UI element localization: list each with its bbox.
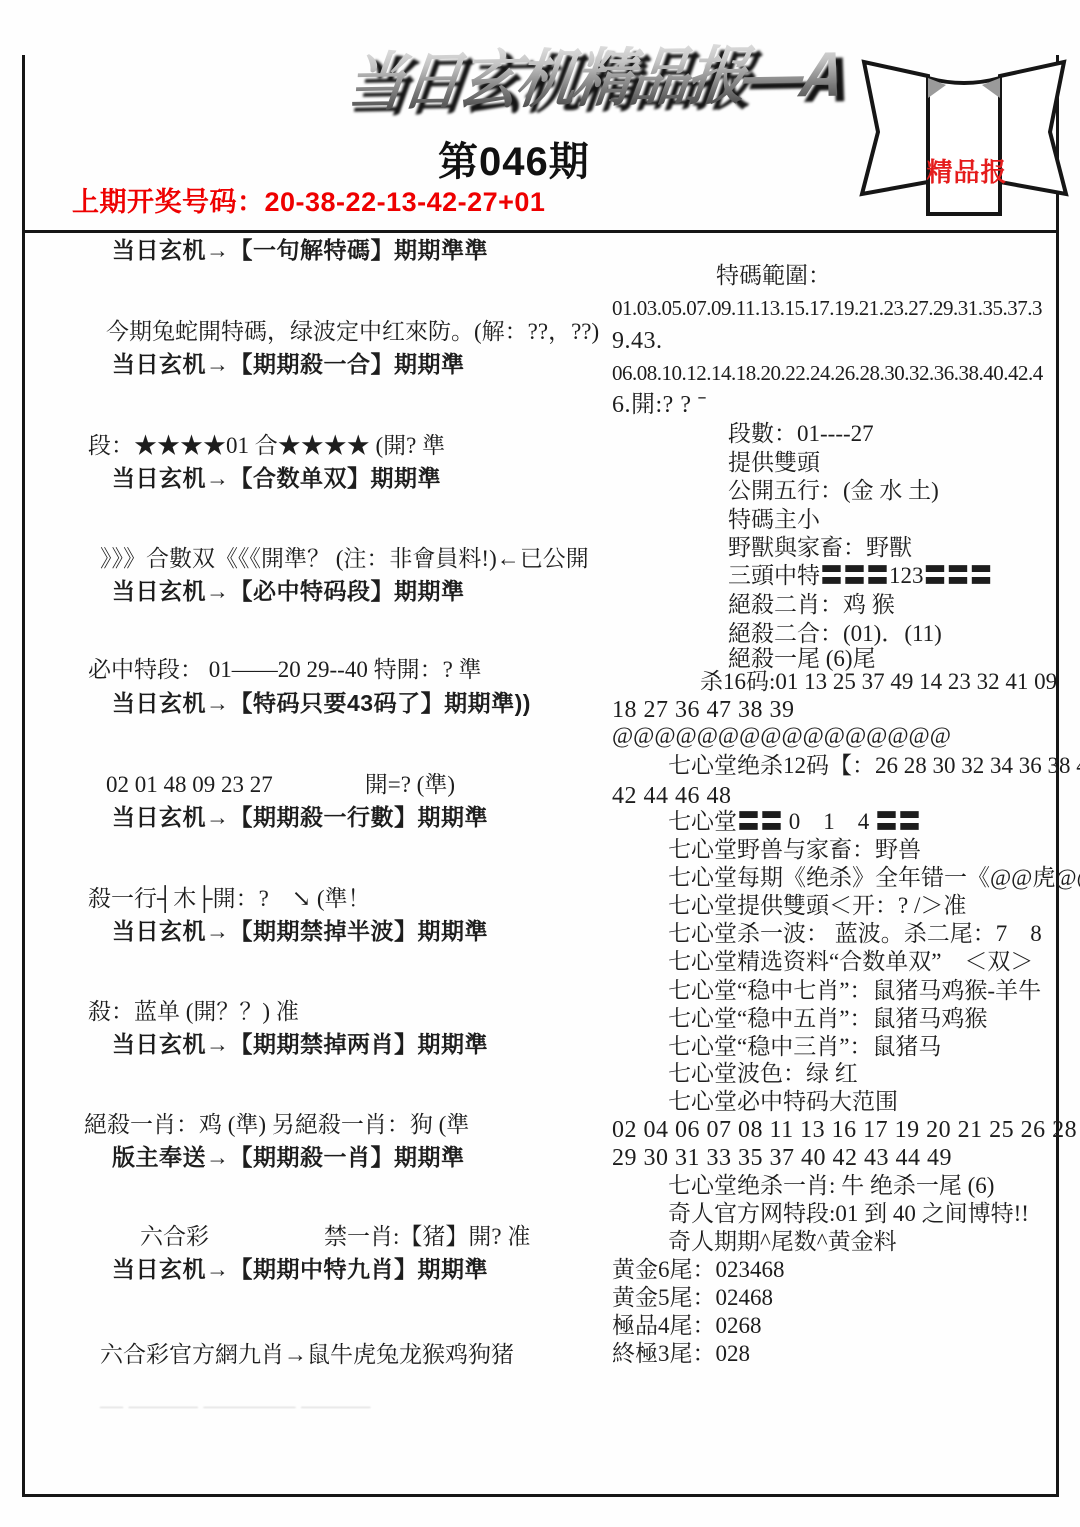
left-line-9: 当日玄机→【特码只要43码了】期期準)) [112,689,531,717]
right-line-29: 七心堂波色：绿 红 [668,1060,858,1088]
right-line-10: 野獸與家畜：野獸 [728,534,912,562]
right-line-8: 公開五行：(金 水 土) [728,477,939,505]
left-line-11: 当日玄机→【期期殺一行數】期期準 [112,803,488,831]
left-line-8: 必中特段： 01——20 29--40 特開：? 準 [88,656,482,684]
right-line-7: 提供雙頭 [728,449,820,477]
masthead-face: 当日玄机精品报—A [351,35,847,123]
right-line-17: @@@@@@@@@@@@@@@@ [612,722,951,750]
left-line-2: 今期兔蛇開特碼，绿波定中红來防。(解：??，??) [106,318,599,346]
right-line-4: 06.08.10.12.14.18.20.22.24.26.28.30.32.3… [612,359,1043,387]
left-line-1: 当日玄机→【一句解特碼】期期準準 [112,236,488,264]
left-line-3: 当日玄机→【期期殺一合】期期準 [112,350,465,378]
border-left [22,55,25,1497]
left-line-4: 段：★★★★01 合★★★★ (開? 準 [88,432,445,460]
right-line-23: 七心堂提供雙頭＜开：? /＞准 [668,892,966,920]
masthead-title: 当日玄机精品报—A 当日玄机精品报—A [351,35,898,144]
right-line-28: 七心堂“稳中三肖”：鼠猪马 [668,1033,941,1061]
right-line-16: 18 27 36 47 38 39 [612,696,795,724]
right-line-5: 6.開:? ? ˉ [612,391,706,419]
right-line-33: 七心堂绝杀一肖: 牛 绝杀一尾 (6) [668,1172,994,1200]
right-line-26: 七心堂“稳中七肖”：鼠猪马鸡猴-羊牛 [668,977,1041,1005]
left-line-21: — ——— ———— ——— [100,1392,370,1420]
right-line-36: 黄金6尾：023468 [612,1256,785,1284]
left-line-7: 当日玄机→【必中特码段】期期準 [112,577,465,605]
right-line-21: 七心堂野兽与家畜：野兽 [668,836,921,864]
page: 当日玄机精品报—A 当日玄机精品报—A 第046期 上期开奖号码：20-38-2… [0,0,1080,1527]
ribbon-banner-icon [858,54,1070,219]
left-line-13: 当日玄机→【期期禁掉半波】期期準 [112,917,488,945]
right-line-22: 七心堂每期《绝杀》全年错一《@@虎@@》 [668,864,1080,892]
right-line-32: 29 30 31 33 35 37 40 42 43 44 49 [612,1144,952,1172]
left-line-19: 当日玄机→【期期中特九肖】期期準 [112,1255,488,1283]
right-line-19: 42 44 46 48 [612,782,732,810]
border-bottom [22,1494,1059,1497]
left-line-12: 殺一行┤木├開：? ↘ (準！ [88,885,370,913]
left-line-15: 当日玄机→【期期禁掉两肖】期期準 [112,1030,488,1058]
right-line-2: 01.03.05.07.09.11.13.15.17.19.21.23.27.2… [612,294,1042,322]
left-line-16: 絕殺一肖：鸡 (準) 另絕殺一肖：狗 (準 [84,1111,469,1139]
right-line-1: 特碼範圍： [716,262,831,290]
left-line-17: 版主奉送→【期期殺一肖】期期準 [112,1143,465,1171]
header-divider [22,230,1059,233]
left-line-6: 》》》合數双《《《開準？ (注：非會員料!)←已公開 [100,545,589,573]
previous-draw-numbers: 上期开奖号码：20-38-22-13-42-27+01 [72,180,545,219]
right-line-25: 七心堂精选资料“合数单双” ＜双＞ [668,948,1033,976]
right-line-20: 七心堂〓〓 0 1 4 〓〓 [668,808,921,836]
right-line-30: 七心堂必中特码大范围 [668,1088,898,1116]
left-line-18: 六合彩 禁一肖:【猪】開? 准 [140,1223,530,1251]
right-line-38: 極品4尾：0268 [612,1312,762,1340]
right-line-24: 七心堂杀一波： 蓝波。杀二尾：7 8 [668,920,1042,948]
right-line-39: 終極3尾：028 [612,1340,750,1368]
left-line-5: 当日玄机→【合数单双】期期準 [112,464,441,492]
left-line-10: 02 01 48 09 23 27 開=? (準) [106,771,455,799]
right-line-27: 七心堂“稳中五肖”：鼠猪马鸡猴 [668,1005,987,1033]
right-line-11: 三頭中特〓〓〓123〓〓〓 [728,562,993,590]
right-line-18: 七心堂绝杀12码【：26 28 30 32 34 36 38 40 [668,752,1080,780]
left-line-20: 六合彩官方網九肖→鼠牛虎兔龙猴鸡狗猪 [100,1341,514,1369]
right-line-12: 絕殺二肖：鸡 猴 [728,591,895,619]
right-line-6: 段數：01----27 [728,420,874,448]
right-line-13: 絕殺二合：(01)．(11) [728,620,942,648]
right-line-35: 奇人期期^尾数^黄金料 [668,1228,897,1256]
issue-number: 第046期 [438,130,590,187]
right-line-37: 黄金5尾：02468 [612,1284,773,1312]
right-line-31: 02 04 06 07 08 11 13 16 17 19 20 21 25 2… [612,1116,1077,1144]
right-line-3: 9.43. [612,327,663,355]
left-line-14: 殺：蓝单 (開？？) 准 [88,998,299,1026]
ribbon-label: 精品报 [912,152,1022,189]
right-line-34: 奇人官方网特段:01 到 40 之间博特!! [668,1200,1029,1228]
right-line-9: 特碼主小 [728,506,820,534]
right-line-15: 杀16码:01 13 25 37 49 14 23 32 41 09 [700,668,1057,696]
